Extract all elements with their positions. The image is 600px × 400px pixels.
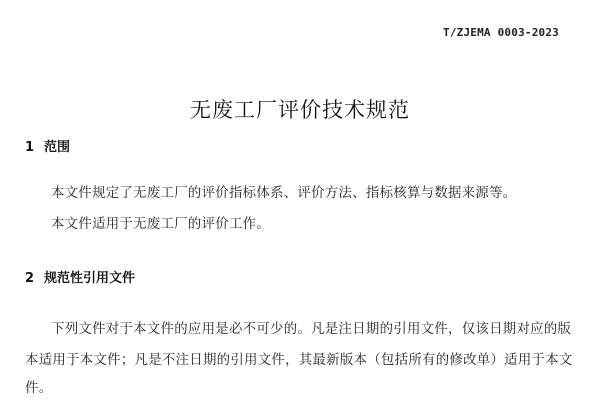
standard-code: T/ZJEMA 0003-2023 [443, 26, 559, 39]
section-heading-normative-references: 2规范性引用文件 [25, 267, 135, 286]
document-title: 无废工厂评价技术规范 [0, 94, 600, 124]
section-heading-scope: 1范围 [25, 136, 70, 155]
section-number: 2 [25, 271, 44, 286]
scope-paragraph-1: 本文件规定了无废工厂的评价指标体系、评价方法、指标核算与数据来源等。 [51, 182, 516, 201]
references-line-2: 本适用于本文件；凡是不注日期的引用文件，其最新版本（包括所有的修改单）适用于本文 [25, 349, 573, 368]
scope-paragraph-2: 本文件适用于无废工厂的评价工作。 [51, 213, 270, 232]
section-title: 范围 [44, 140, 70, 155]
references-line-3: 件。 [25, 377, 52, 396]
section-number: 1 [25, 140, 44, 155]
references-line-1: 下列文件对于本文件的应用是必不可少的。凡是注日期的引用文件，仅该日期对应的版 [51, 318, 571, 337]
section-title: 规范性引用文件 [44, 271, 135, 286]
